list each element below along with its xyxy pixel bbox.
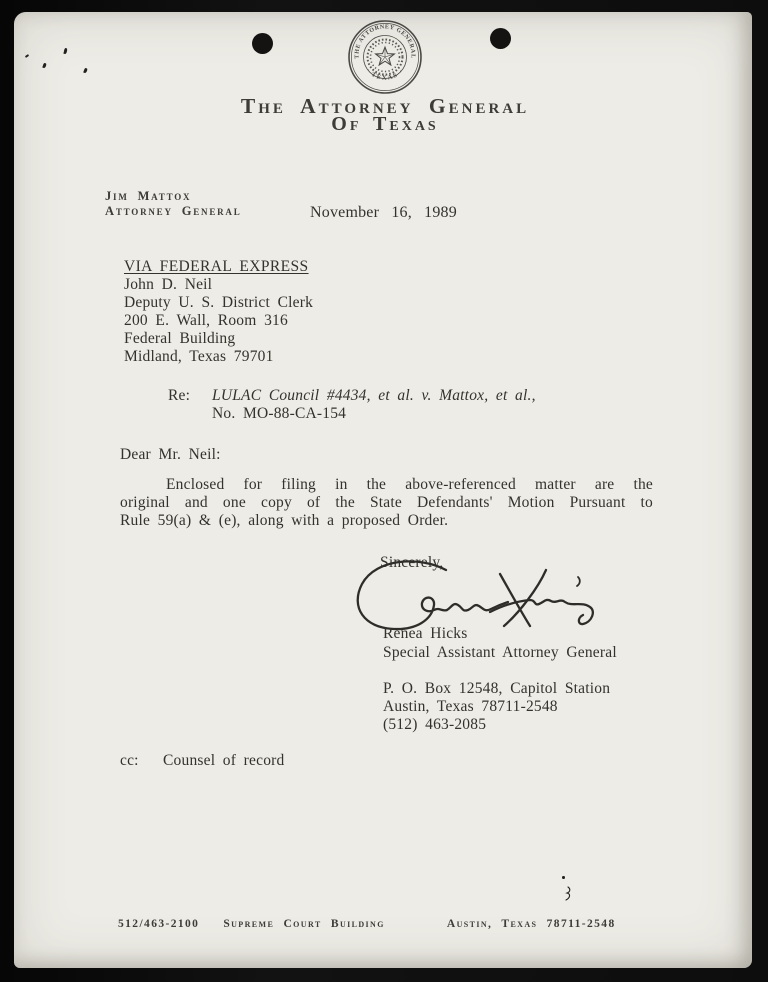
reference-text: LULAC Council #4434, et al. v. Mattox, e… xyxy=(212,387,536,423)
ink-speck xyxy=(42,63,46,69)
body-line: original and one copy of the State Defen… xyxy=(120,494,653,512)
sender-name: Jim Mattox xyxy=(105,189,242,204)
letter-date: November 16, 1989 xyxy=(310,204,457,222)
reference-label: Re: xyxy=(168,387,212,423)
cc-label: cc: xyxy=(120,752,163,770)
recipient-name: John D. Neil xyxy=(124,276,313,294)
signer-title: Special Assistant Attorney General xyxy=(383,643,617,662)
recipient-title: Deputy U. S. District Clerk xyxy=(124,294,313,312)
hole-punch-right xyxy=(490,28,511,49)
letter-page: THE ATTORNEY GENERAL · TEXAS · The Attor… xyxy=(14,12,752,968)
body-line: Enclosed for filing in the above-referen… xyxy=(120,476,653,494)
recipient-block: VIA FEDERAL EXPRESS John D. Neil Deputy … xyxy=(124,258,313,366)
sender-block: Jim Mattox Attorney General xyxy=(105,189,242,219)
case-name: LULAC Council #4434, et al. v. Mattox, e… xyxy=(212,387,536,405)
body-line: Rule 59(a) & (e), along with a proposed … xyxy=(120,512,653,530)
ink-speck xyxy=(83,68,87,74)
ink-speck xyxy=(562,876,565,879)
signer-block: Renea Hicks Special Assistant Attorney G… xyxy=(383,624,617,662)
page-footer: 512/463-2100 Supreme Court Building Aust… xyxy=(118,918,616,930)
scan-background: THE ATTORNEY GENERAL · TEXAS · The Attor… xyxy=(0,0,768,982)
footer-building: Supreme Court Building xyxy=(223,918,385,930)
case-number: No. MO-88-CA-154 xyxy=(212,405,536,423)
signer-name: Renea Hicks xyxy=(383,624,617,643)
contact-block: P. O. Box 12548, Capitol Station Austin,… xyxy=(383,680,610,734)
svg-text:· TEXAS ·: · TEXAS · xyxy=(365,67,406,81)
reference-block: Re: LULAC Council #4434, et al. v. Matto… xyxy=(168,387,536,423)
seal-arc-bottom-text: · TEXAS · xyxy=(365,67,406,81)
ink-speck xyxy=(63,48,67,54)
body-paragraph: Enclosed for filing in the above-referen… xyxy=(120,476,653,530)
recipient-address-line: Midland, Texas 79701 xyxy=(124,348,313,366)
footer-address: Austin, Texas 78711-2548 xyxy=(447,918,616,930)
lone-star-icon xyxy=(375,47,394,65)
footer-phone: 512/463-2100 xyxy=(118,918,199,930)
letterhead-title: The Attorney General Of Texas xyxy=(185,97,585,133)
ink-speck xyxy=(565,886,573,902)
contact-phone: (512) 463-2085 xyxy=(383,716,610,734)
sender-title: Attorney General xyxy=(105,204,242,219)
hole-punch-left xyxy=(252,33,273,54)
cc-value: Counsel of record xyxy=(163,752,284,770)
recipient-address-line: 200 E. Wall, Room 316 xyxy=(124,312,313,330)
contact-po-box: P. O. Box 12548, Capitol Station xyxy=(383,680,610,698)
cc-line: cc: Counsel of record xyxy=(120,752,284,770)
ink-speck xyxy=(25,54,29,58)
delivery-method: VIA FEDERAL EXPRESS xyxy=(124,258,313,276)
attorney-general-seal-icon: THE ATTORNEY GENERAL · TEXAS · xyxy=(346,18,424,96)
salutation: Dear Mr. Neil: xyxy=(120,446,221,464)
contact-city: Austin, Texas 78711-2548 xyxy=(383,698,610,716)
recipient-address-line: Federal Building xyxy=(124,330,313,348)
